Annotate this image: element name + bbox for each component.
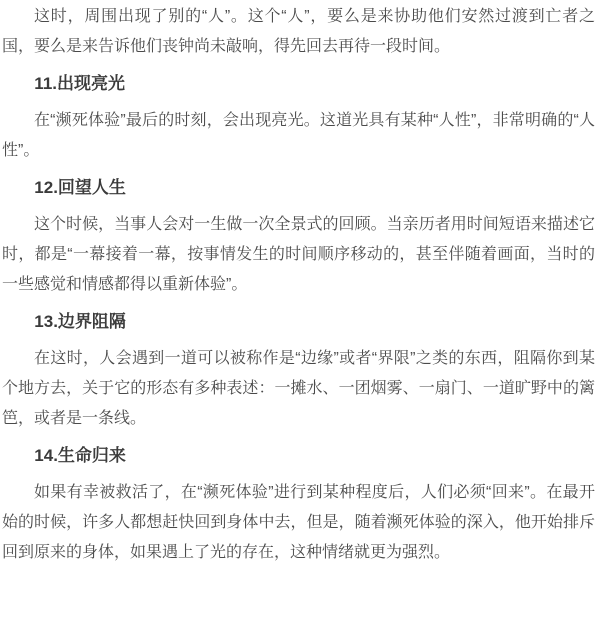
section-heading-12-life-review: 12.回望人生 [2,173,595,203]
section-heading-14-return-to-life: 14.生命归来 [2,441,595,471]
paragraph-11-bright-light: 在“濒死体验”最后的时刻，会出现亮光。这道光具有某种“人性”，非常明确的“人性”… [2,106,595,166]
paragraph-intro-guides: 这时，周围出现了别的“人”。这个“人”，要么是来协助他们安然过渡到亡者之国，要么… [2,2,595,62]
paragraph-12-life-review: 这个时候，当事人会对一生做一次全景式的回顾。当亲历者用时间短语来描述它时，都是“… [2,210,595,300]
section-heading-11-bright-light: 11.出现亮光 [2,69,595,99]
article-body: 这时，周围出现了别的“人”。这个“人”，要么是来协助他们安然过渡到亡者之国，要么… [0,0,600,568]
section-heading-13-boundary: 13.边界阻隔 [2,307,595,337]
paragraph-13-boundary: 在这时，人会遇到一道可以被称作是“边缘”或者“界限”之类的东西，阻隔你到某个地方… [2,344,595,434]
paragraph-14-return-to-life: 如果有幸被救活了，在“濒死体验”进行到某种程度后，人们必须“回来”。在最开始的时… [2,478,595,568]
